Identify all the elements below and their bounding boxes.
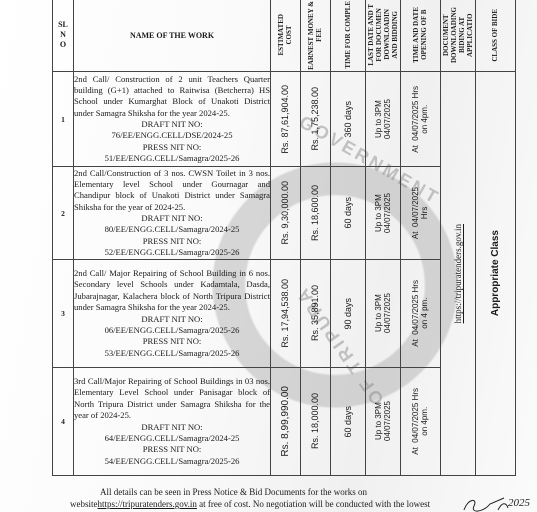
header-sl-no: SLNO (53, 0, 74, 72)
header-class-of-bidder: CLASS OF BIDE (476, 0, 516, 72)
time-cell: 60 days (331, 368, 366, 476)
footer-note: All details can be seen in Press Notice … (70, 486, 500, 510)
estimated-cost-cell: Rs. 17,94,538.00 (271, 260, 301, 368)
estimated-cost-cell: Rs. 8,99,990.00 (271, 368, 301, 476)
table-row: 1 2nd Call/ Construction of 2 unit Teach… (53, 72, 516, 167)
header-opening: TIME AND DATEOPENING OF B (401, 0, 441, 72)
footer-line-1: All details can be seen in Press Notice … (70, 486, 500, 498)
work-description-cell: 2nd Call/Construction of 3 nos. CWSN Toi… (74, 167, 271, 260)
signature: 2025 (460, 494, 530, 512)
header-row: SLNO NAME OF THE WORK ESTIMATEDCOST EARN… (53, 0, 516, 72)
earnest-money-cell: Rs. 18,000.00 (301, 368, 331, 476)
sl-no-cell: 1 (53, 72, 74, 167)
work-description-cell: 2nd Call/ Major Repairing of School Buil… (74, 260, 271, 368)
opening-cell: At 04/07/2025 Hrson 4 pm. (401, 260, 441, 368)
footer-line-2: websitehttps://tripuratenders.gov.in at … (70, 498, 500, 510)
opening-cell: At 04/07/2025 Hrson 4pm. (401, 72, 441, 167)
header-last-date: LAST DATE AND TFOR DOCUMENDOWNLOADINAND … (366, 0, 401, 72)
last-date-cell: Up to 3PM04/07/2025 (366, 167, 401, 260)
signature-date: 2025 (508, 497, 530, 509)
earnest-money-cell: Rs. 18,600.00 (301, 167, 331, 260)
work-description-cell: 3rd Call/Major Repairing of School Build… (74, 368, 271, 476)
sl-no-cell: 4 (53, 368, 74, 476)
estimated-cost-cell: Rs. 87,61,904.00 (271, 72, 301, 167)
last-date-cell: Up to 3PM04/07/2025 (366, 260, 401, 368)
sl-no-cell: 2 (53, 167, 74, 260)
class-of-bidder-cell: Appropriate Class (476, 72, 516, 476)
opening-cell: At 04/07/2025 Hrson 4pm. (401, 368, 441, 476)
header-time-completion: TIME FOR COMPLE (331, 0, 366, 72)
time-cell: 60 days (331, 167, 366, 260)
time-cell: 90 days (331, 260, 366, 368)
header-name-of-work: NAME OF THE WORK (74, 0, 271, 72)
tender-table: SLNO NAME OF THE WORK ESTIMATEDCOST EARN… (52, 0, 516, 476)
footer-website-link[interactable]: https://tripuratenders.gov.in (98, 499, 197, 509)
tripura-tenders-link[interactable]: https://tripuratenders.gov.in (453, 224, 463, 323)
time-cell: 360 days (331, 72, 366, 167)
sl-no-cell: 3 (53, 260, 74, 368)
estimated-cost-cell: Rs. 9,30,000.00 (271, 167, 301, 260)
last-date-cell: Up to 3PM04/07/2025 (366, 72, 401, 167)
header-earnest-money: EARNEST MONEY &FEE (301, 0, 331, 72)
document-downloading-cell: https://tripuratenders.gov.in (441, 72, 476, 476)
scanned-page: GOVERNMENT OF TRIPURA SLNO NAME OF THE W… (0, 0, 537, 512)
opening-cell: At 04/07/2025Hrs (401, 167, 441, 260)
header-document-downloading: DOCUMENTDOWNLOADINGBIDING ATAPPLICATIO (441, 0, 476, 72)
earnest-money-cell: Rs. 35,891.00 (301, 260, 331, 368)
work-description-cell: 2nd Call/ Construction of 2 unit Teacher… (74, 72, 271, 167)
last-date-cell: Up to 3PM04/07/2025 (366, 368, 401, 476)
earnest-money-cell: Rs. 1,75,238.00 (301, 72, 331, 167)
header-estimated-cost: ESTIMATEDCOST (271, 0, 301, 72)
